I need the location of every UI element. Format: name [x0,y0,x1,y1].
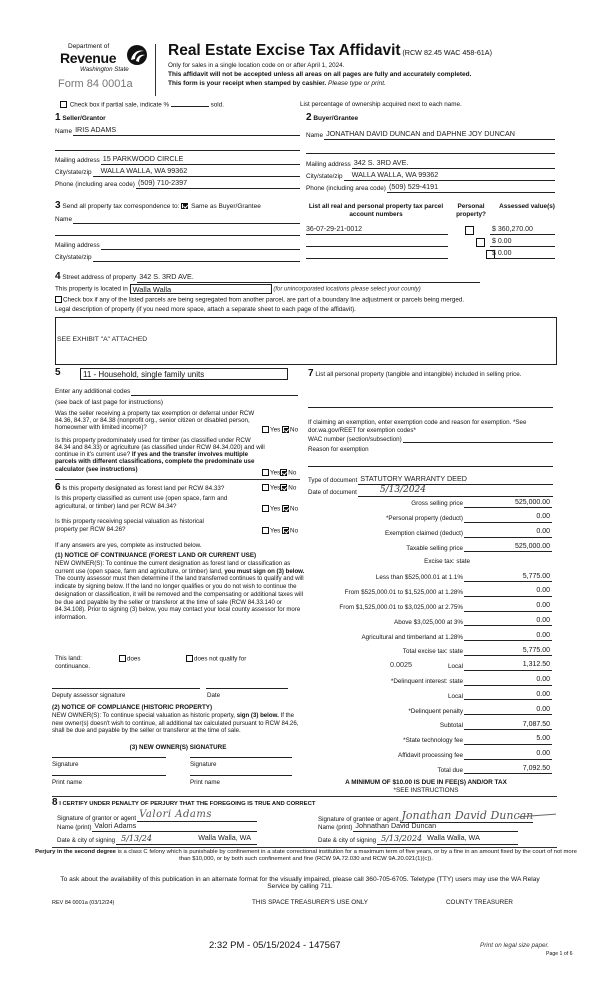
q6-3-text: Is this property receiving special valua… [55,518,225,534]
notice-2-text-a: NEW OWNER(S): To continue special valuat… [52,712,235,719]
see-instructions: *SEE INSTRUCTIONS [300,787,552,795]
seller-city-field[interactable]: WALLA WALLA, WA 99362 [93,167,300,177]
parcel-table: 36-07-29-21-0012$ 360,270.00$ 0.00$ 0.00 [0,0,600,11]
seller-mailing-field[interactable]: 15 PARKWOOD CIRCLE [101,155,300,165]
located-label: This property is located in [55,286,128,293]
calc-row-taxable-selling-price: Taxable selling price525,000.00 [300,541,552,552]
grantor-date-city-field[interactable]: 5/13/24 Walla Walla, WA [116,834,257,845]
buyer-phone-field[interactable]: (509) 529-4191 [387,183,555,193]
yes-label: Yes [270,485,280,492]
q6-2-text: Is this property classified as current u… [55,495,250,511]
seller-name-field[interactable]: IRIS ADAMS [73,126,300,136]
doc-date-label: Date of document [308,489,358,496]
dept-line2: Revenue [60,50,116,67]
grantee-date-row: Date & city of signing 5/13/2024 Walla W… [318,834,518,845]
q5-2-answer: YesNo [262,469,296,477]
correspondence-name-row: Name [55,216,300,224]
yes-label: Yes [270,470,280,477]
segregated-row: Check box if any of the listed parcels a… [55,296,464,304]
notice-1-text: NEW OWNER(S): To continue the current de… [55,560,305,622]
located-note: (for unincorporated locations please sel… [273,287,420,293]
excise-heading: Excise tax: state [300,558,470,566]
calc-label: Subtotal [300,722,464,730]
calc-label: Gross selling price [300,500,464,508]
signature-label-1: Signature [52,761,79,768]
calc-row-tier3: From $1,525,000.01 to $3,025,000 at 2.75… [300,601,552,612]
calc-row-agricultural: Agricultural and timberland at 1.28%0.00 [300,630,552,641]
yes-label: Yes [270,528,280,535]
grantee-name-row: Name (print) Johnathan David Duncan [318,822,518,832]
calc-row-delinquent-penalty: *Delinquent penalty0.00 [300,704,552,715]
calc-label: *State technology fee [300,737,464,745]
cashier-stamp: 2:32 PM - 05/15/2024 - 147567 [209,940,341,951]
wac-label: WAC number (section/subsection) [308,436,403,443]
street-address-field[interactable]: 342 S. 3RD AVE. [137,273,480,283]
seller-heading-label: Seller/Grantor [62,115,105,122]
subtitle-3a: This form is your receipt when stamped b… [168,80,326,87]
calc-row-subtotal: Subtotal7,087.50 [300,719,552,730]
seller-name-field-2[interactable] [55,143,300,151]
signature-label-2: Signature [190,761,217,768]
located-select[interactable]: Walla Walla [130,284,272,294]
q6-1-answer: YesNo [262,484,296,492]
this-land-label: This land: [55,655,82,662]
form-number: Form 84 0001a [58,78,133,91]
grantee-name-label: Name (print) [318,824,353,831]
grantor-signature-field[interactable]: Valori Adams [137,809,257,822]
calc-value-exemption-claimed[interactable]: 0.00 [464,528,552,537]
dept-line3: Washington State [80,66,129,73]
calc-label: Local [300,663,464,671]
county-treasurer: COUNTY TREASURER [446,899,513,907]
deputy-date-label: Date [207,692,220,699]
seller-phone-field[interactable]: (509) 710-2397 [136,179,300,189]
correspondence-label: Send all property tax correspondence to: [62,203,179,210]
calc-value-delinquent-interest-local[interactable]: 0.00 [464,691,552,700]
grantee-date: 5/13/2024 [379,834,422,844]
calc-value-tier3[interactable]: 0.00 [464,602,552,611]
perjury-notice: Perjury in the second degree is a class … [30,849,582,863]
subtitle-3: This form is your receipt when stamped b… [168,80,386,88]
partial-sale-checkbox[interactable] [60,101,67,108]
calc-row-gross-selling-price: Gross selling price525,000.00 [300,497,552,508]
calc-row-delinquent-interest-local: Local0.00 [300,689,552,700]
calc-label: Above $3,025,000 at 3% [300,619,464,627]
does-not-option: does not qualify for [186,655,246,663]
grantor-name-field[interactable]: Valori Adams [92,822,257,832]
perjury-text: is a class C felony which is punishable … [118,849,577,862]
calc-label: Affidavit processing fee [300,752,464,760]
grantor-name-row: Name (print) Valori Adams [57,822,257,832]
section-8-bottom-rule [52,847,557,848]
certification-heading: 8 I CERTIFY UNDER PENALTY OF PERJURY THA… [52,797,315,809]
seller-mailing-row: Mailing address 15 PARKWOOD CIRCLE [55,155,300,165]
q6-1-text: 6 Is this property designated as forest … [55,482,224,494]
subtitle-3b: Please type or print. [328,80,386,87]
legal-description-text: SEE EXHIBIT "A" ATTACHED [57,336,147,344]
dor-logo: Department of Revenue Washington State F… [60,43,160,93]
q6-1-yes-checkbox[interactable] [262,484,269,491]
calc-label: *Personal property (deduct) [300,515,464,523]
grantor-city: Walla Walla, WA [198,834,257,844]
q6-1-no-checkbox[interactable] [280,484,287,491]
exemption-label: If claiming an exemption, enter exemptio… [308,419,533,435]
new-owner-signature-field-2[interactable] [190,752,292,758]
use-code-select[interactable]: 11 - Household, single family units [80,368,288,380]
assessed-value-field[interactable]: $ 0.00 [490,238,555,247]
calc-label: *Delinquent interest: state [300,678,464,686]
treasurer-use: THIS SPACE TREASURER'S USE ONLY [252,899,368,907]
grantor-signature-row: Signature of grantor or agent Valori Ada… [57,809,257,822]
print-name-label-2: Print name [190,779,220,786]
calc-row-delinquent-interest-state: *Delinquent interest: state0.00 [300,675,552,686]
seller-name-row: Name IRIS ADAMS [55,126,300,136]
grantor-name-label: Name (print) [57,824,92,831]
partial-sale: Check box if partial sale, indicate % so… [60,101,224,109]
perjury-bold: Perjury in the second degree [35,849,116,855]
calc-row-technology-fee: *State technology fee5.00 [300,734,552,745]
seller-city-row: City/state/zip WALLA WALLA, WA 99362 [55,167,300,177]
correspondence-name-label: Name [55,216,73,224]
notice-2-bold: sign (3) below. [237,712,279,719]
calc-row-exemption-claimed: Exemption claimed (deduct)0.00 [300,527,552,538]
correspondence-heading: 3 Send all property tax correspondence t… [55,200,261,212]
calc-value-delinquent-penalty[interactable]: 0.00 [464,706,552,715]
calc-value-gross-selling-price[interactable]: 525,000.00 [464,499,552,508]
personal-property-label: List all personal property (tangible and… [315,371,521,378]
dor-swirl-icon [126,44,148,66]
street-label-wrap: 4 Street address of property [55,271,137,283]
buyer-mailing-label: Mailing address [306,161,352,169]
q5-2-no-checkbox[interactable] [280,469,287,476]
does-not-label: does not qualify for [194,656,246,663]
does-option: does [119,655,140,663]
certification-statement: I CERTIFY UNDER PENALTY OF PERJURY THAT … [59,801,315,807]
calc-value-technology-fee[interactable]: 5.00 [464,735,552,744]
legal-description-field[interactable]: SEE EXHIBIT "A" ATTACHED [55,317,557,365]
seller-phone-label: Phone (including area code) [55,181,136,189]
yes-label: Yes [270,506,280,513]
partial-sale-label: Check box if partial sale, indicate % [70,102,169,109]
calc-value-taxable-selling-price[interactable]: 525,000.00 [464,543,552,552]
q6-2-yes-checkbox[interactable] [262,505,269,512]
personal-property-field[interactable] [308,400,553,408]
q5-2-yes-checkbox[interactable] [262,469,269,476]
correspondence-name-field[interactable] [73,216,300,224]
parcel-number-field[interactable]: 36-07-29-21-0012 [306,226,448,235]
q5-1-yes-checkbox[interactable] [262,426,269,433]
q6-3-answer: Yes No [262,527,298,535]
parcel-number-field[interactable] [306,238,448,247]
does-qualify-checkbox[interactable] [119,655,126,662]
partial-sale-sold-label: sold. [211,102,224,109]
section-6-number: 6 [55,482,61,493]
segregated-checkbox[interactable] [55,296,62,303]
continuance-label: continuance. [55,663,90,670]
grantor-date-row: Date & city of signing 5/13/24 Walla Wal… [57,834,257,845]
grantee-name-field[interactable]: Johnathan David Duncan [353,822,518,832]
ownership-note: List percentage of ownership acquired ne… [300,101,462,109]
buyer-city-row: City/state/zip WALLA WALLA, WA 99362 [306,171,555,181]
calc-label: Total due [300,767,464,775]
calc-value-local[interactable]: 1,312.50 [464,661,552,670]
correspondence-city-label: City/state/zip [55,254,93,262]
assessed-col-header: Assessed value(s) [498,203,556,211]
section-7-label: 7 List all personal property (tangible a… [308,368,558,379]
doc-type-row: Type of document STATUTORY WARRANTY DEED [308,475,553,485]
parcel-col-header: List all real and personal property tax … [306,203,446,218]
personal-property-checkbox[interactable] [476,238,485,247]
correspondence-mailing-label: Mailing address [55,242,101,250]
no-label: No [288,470,296,477]
section-4-number: 4 [55,271,61,282]
new-owner-print-name-field-2[interactable] [190,770,292,776]
buyer-city-field[interactable]: WALLA WALLA, WA 99362 [344,171,555,181]
additional-codes-field[interactable] [131,388,298,396]
buyer-city-label: City/state/zip [306,173,344,181]
minimum-note: A MINIMUM OF $10.00 IS DUE IN FEE(S) AND… [300,779,552,787]
calc-value-tier4[interactable]: 0.00 [464,617,552,626]
rev-number: REV 84 0001a (03/12/24) [52,900,114,907]
calc-value-processing-fee[interactable]: 0.00 [464,750,552,759]
partial-sale-percent-field[interactable] [171,106,209,107]
street-label: Street address of property [62,274,136,281]
buyer-name-row: Name JONATHAN DAVID DUNCAN and DAPHNE JO… [306,130,555,140]
q5-2-text: Is this property predominately used for … [55,437,265,473]
calc-value-subtotal[interactable]: 7,087.50 [464,721,552,730]
yes-label: Yes [270,427,280,434]
additional-codes-note: (see back of last page for instructions) [55,399,163,407]
wac-field[interactable] [403,435,553,443]
correspondence-name-field-2[interactable] [55,228,300,236]
does-label: does [127,656,140,663]
grantee-date-label: Date & city of signing [318,837,377,844]
calc-value-delinquent-interest-state[interactable]: 0.00 [464,676,552,685]
buyer-phone-row: Phone (including area code) (509) 529-41… [306,183,555,193]
calc-row-tier2: From $525,000.01 to $1,525,000 at 1.28%0… [300,586,552,597]
buyer-heading: 2 Buyer/Grantee [306,112,358,124]
calc-row-personal-property: *Personal property (deduct)0.00 [300,512,552,523]
calc-value-total-state[interactable]: 5,775.00 [464,647,552,656]
no-label: No [290,427,298,434]
no-label: No [290,528,298,535]
same-as-buyer-label: Same as Buyer/Grantee [191,203,261,210]
notice-1-title: (1) NOTICE OF CONTINUANCE (FOREST LAND O… [55,552,256,560]
calc-label: Total excise tax: state [300,648,464,656]
q6-2-answer: Yes No [262,505,298,513]
seller-heading: 1 Seller/Grantor [55,112,106,124]
notice-2-text: NEW OWNER(S): To continue special valuat… [52,712,304,735]
new-owner-signature-title: (3) NEW OWNER(S) SIGNATURE [52,744,304,752]
section-7-number: 7 [308,368,314,379]
seller-city-label: City/state/zip [55,169,93,177]
buyer-name-label: Name [306,132,324,140]
print-name-label-1: Print name [52,779,82,786]
legal-description-label: Legal description of property (if you ne… [55,306,356,314]
buyer-name-field[interactable]: JONATHAN DAVID DUNCAN and DAPHNE JOY DUN… [324,130,555,140]
correspondence-city-row: City/state/zip [55,254,300,262]
calc-row-tier1: Less than $525,000.01 at 1.1%5,775.00 [300,571,552,582]
q6-2-no-checkbox[interactable] [282,505,289,512]
print-note: Print on legal size paper. [480,942,549,950]
street-row: 4 Street address of property 342 S. 3RD … [55,271,480,283]
doc-type-label: Type of document [308,477,358,484]
q5-1-no-checkbox[interactable] [282,426,289,433]
calc-row-tier4: Above $3,025,000 at 3%0.00 [300,615,552,626]
calc-value-agricultural[interactable]: 0.00 [464,632,552,641]
calc-value-total-due[interactable]: 7,092.50 [464,765,552,774]
grantor-date: 5/13/24 [118,834,152,844]
calc-label: Agricultural and timberland at 1.28% [300,634,464,642]
calc-label: From $525,000.01 to $1,525,000 at 1.28% [300,589,464,597]
correspondence-city-field[interactable] [93,254,300,262]
buyer-mailing-row: Mailing address 342 S. 3RD AVE. [306,159,555,169]
no-label: No [290,506,298,513]
page-number: Page 1 of 6 [546,951,573,957]
q5-1-text: Was the seller receiving a property tax … [55,410,260,431]
notice-1-text-b: The county assessor must then determine … [55,575,304,621]
deputy-signature-label: Deputy assessor signature [52,692,125,699]
personal-col-header: Personal property? [450,203,492,218]
grantee-city: Walla Walla, WA [427,834,480,844]
calc-label: *Delinquent penalty [300,708,464,716]
section-5-divider [55,479,300,480]
form-title: Real Estate Excise Tax Affidavit [168,42,401,59]
buyer-mailing-field[interactable]: 342 S. 3RD AVE. [352,159,555,169]
section-2-number: 2 [306,112,312,123]
buyer-phone-label: Phone (including area code) [306,185,387,193]
form-title-block: Real Estate Excise Tax Affidavit (RCW 82… [168,42,492,61]
buyer-heading-label: Buyer/Grantee [313,115,358,122]
section-5-number: 5 [55,367,61,379]
grantee-date-city-field[interactable]: 5/13/2024 Walla Walla, WA [377,834,518,845]
q5-1-answer: Yes No [262,426,298,434]
located-row: This property is located in Walla Walla … [55,284,421,294]
header-divider [155,44,156,96]
calc-value-personal-property[interactable]: 0.00 [464,513,552,522]
additional-codes-row: Enter any additional codes [55,388,298,396]
q6-3-no-checkbox[interactable] [282,527,289,534]
calc-label: From $1,525,000.01 to $3,025,000 at 2.75… [300,604,464,612]
q6-1-question: Is this property designated as forest la… [62,485,224,492]
wac-row: WAC number (section/subsection) [308,435,553,443]
calc-row-processing-fee: Affidavit processing fee0.00 [300,749,552,760]
calc-row-total-state: Total excise tax: state5,775.00 [300,645,552,656]
doc-date-field[interactable]: 5/13/2024 [358,485,553,497]
assessed-value-field[interactable]: $ 0.00 [490,250,555,259]
reason-label: Reason for exemption [308,446,369,453]
does-not-qualify-checkbox[interactable] [186,655,193,662]
if-yes-note: If any answers are yes, complete as inst… [55,542,202,549]
personal-property-checkbox[interactable] [465,226,474,235]
doc-type-field[interactable]: STATUTORY WARRANTY DEED [358,475,553,485]
buyer-name-field-2[interactable] [306,146,555,154]
grantor-date-label: Date & city of signing [57,837,116,844]
this-land-row: This land: does does not qualify for [55,655,305,662]
calc-label: Less than $525,000.01 at 1.1% [300,574,464,582]
segregated-label: Check box if any of the listed parcels a… [63,297,464,304]
alt-format-notice: To ask about the availability of this pu… [55,876,545,891]
correspondence-mailing-row: Mailing address [55,242,300,250]
correspondence-mailing-field[interactable] [101,242,300,250]
calc-value-tier1[interactable]: 5,775.00 [464,573,552,582]
deputy-date-field[interactable] [206,683,288,689]
doc-date-row: Date of document 5/13/2024 [308,485,553,497]
notice-2-title: (2) NOTICE OF COMPLIANCE (HISTORIC PROPE… [52,704,212,712]
seller-phone-row: Phone (including area code) (509) 710-23… [55,179,300,189]
seller-mailing-label: Mailing address [55,157,101,165]
notice-1-bold: you must sign on (3) below. [224,568,304,575]
calc-row-local: Local1,312.50 [300,660,552,671]
calc-label: Local [300,693,464,701]
parcel-number-field[interactable] [306,250,448,259]
section-1-number: 1 [55,112,61,123]
reason-field[interactable] [308,460,553,467]
calc-row-total-due: Total due7,092.50 [300,763,552,774]
form-title-ref: (RCW 82.45 WAC 458-61A) [402,48,492,57]
calc-label: Exemption claimed (deduct) [300,530,464,538]
assessed-value-field[interactable]: $ 360,270.00 [490,226,555,235]
section-8-number: 8 [52,797,58,808]
no-label: No [288,485,296,492]
calc-label: Taxable selling price [300,545,464,553]
q6-3-yes-checkbox[interactable] [262,527,269,534]
calc-value-tier2[interactable]: 0.00 [464,587,552,596]
subtitle-1: Only for sales in a single location code… [168,62,344,70]
new-owner-print-name-field-1[interactable] [52,770,166,776]
deputy-signature-field[interactable] [52,683,200,689]
subtitle-2: This affidavit will not be accepted unle… [168,71,471,79]
section-3-number: 3 [55,200,61,211]
additional-codes-label: Enter any additional codes [55,388,131,396]
new-owner-signature-field-1[interactable] [52,752,166,758]
seller-name-label: Name [55,128,73,136]
local-rate: 0.0025 [390,661,412,670]
same-as-buyer-checkbox[interactable] [181,203,188,210]
